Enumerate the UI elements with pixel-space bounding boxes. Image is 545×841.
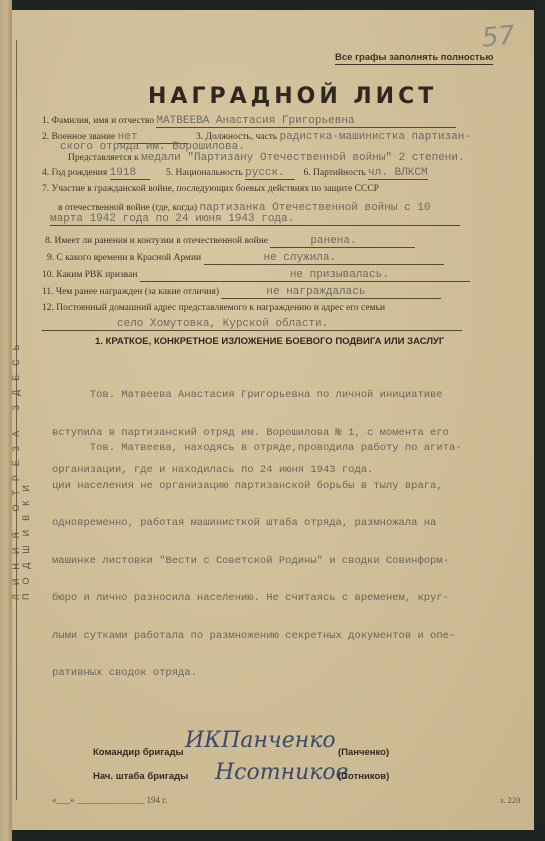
chief-of-staff-name: (Сотников)	[338, 771, 389, 782]
form-code: з. 220	[500, 795, 520, 805]
field-war-participation-continued: марта 1942 года по 24 июня 1943 года.	[50, 213, 460, 226]
paragraph-line: бюро и лично разносила населению. Не счи…	[52, 592, 462, 605]
field-label: Представляется к	[68, 153, 139, 163]
field-label: 9. С какого времени в Красной Армии	[47, 253, 201, 263]
field-value: не награждалась	[221, 286, 441, 299]
field-value: радистка-машинистка партизан-	[280, 131, 471, 143]
chief-of-staff-label: Нач. штаба бригады	[93, 771, 188, 782]
commander-name: (Панченко)	[338, 747, 389, 758]
field-previous-awards: 11. Чем ранее награжден (за какие отличи…	[42, 286, 441, 299]
paragraph-line: Тов. Матвеева Анастасия Григорьевна по л…	[52, 389, 449, 402]
field-value: МАТВЕЕВА Анастасия Григорьевна	[156, 115, 456, 128]
commander-signature: ИКПанченко	[185, 728, 336, 753]
field-label: 6. Партийность	[304, 168, 366, 178]
field-value: не призывалась.	[140, 269, 470, 282]
document-title: НАГРАДНОЙ ЛИСТ	[148, 84, 437, 109]
field-value: 1918	[110, 167, 150, 180]
paragraph-line: машинке листовки "Вести с Советской Роди…	[52, 555, 462, 568]
field-label: 1. Фамилия, имя и отчество	[42, 116, 154, 126]
field-value: ранена.	[270, 235, 415, 248]
field-red-army: 9. С какого времени в Красной Армии не с…	[47, 252, 444, 265]
commander-label: Командир бригады	[93, 747, 184, 758]
paragraph-line: лыми сутками работала по размножению сек…	[52, 630, 462, 643]
cut-line-text: ЛИНИЯ ОТРЕЗА ЗДЕСЬ ПОДШИВКИ	[11, 220, 25, 600]
field-birth-nationality-party: 4. Год рождения 1918 5. Национальность р…	[42, 167, 428, 180]
field-address: село Хомутовка, Курской области.	[42, 318, 462, 331]
paragraph-line: одновременно, работая машинисткой штаба …	[52, 517, 462, 530]
field-award: Представляется к медали "Партизану Отече…	[68, 152, 465, 164]
field-rvk: 10. Каким РВК призван не призывалась.	[42, 269, 470, 282]
field-value: медали "Партизану Отечественной войны" 2…	[141, 152, 464, 164]
field-label: 8. Имеет ли ранения и контузии в отечест…	[45, 236, 268, 246]
field-label: 5. Национальность	[166, 168, 243, 178]
scan-background-bottom	[0, 830, 545, 841]
field-label: в отечественной войне (где, когда)	[58, 203, 197, 213]
field-label: 11. Чем ранее награжден (за какие отличи…	[42, 287, 219, 297]
field-value: русск.	[245, 167, 295, 180]
field-full-name: 1. Фамилия, имя и отчество МАТВЕЕВА Анас…	[42, 115, 456, 128]
paragraph-line: Тов. Матвеева, находясь в отряде,проводи…	[52, 442, 462, 455]
field-label: 4. Год рождения	[42, 168, 107, 178]
paragraph-line: ции населения не организацию партизанско…	[52, 480, 462, 493]
scan-background-top	[0, 0, 545, 10]
field-value: не служила.	[204, 252, 444, 265]
paragraph-2: Тов. Матвеева, находясь в отряде,проводи…	[52, 417, 462, 692]
field-value: чл. ВЛКСМ	[368, 167, 428, 180]
sheet-number: 57	[481, 20, 517, 53]
scan-background-right	[534, 0, 545, 841]
fill-instruction: Все графы заполнять полностью	[335, 52, 493, 65]
date-line: «___» _______________ 194 г.	[52, 795, 167, 805]
field-label: 10. Каким РВК призван	[42, 270, 137, 280]
section-heading: 1. КРАТКОЕ, КОНКРЕТНОЕ ИЗЛОЖЕНИЕ БОЕВОГО…	[95, 336, 444, 347]
chief-of-staff-signature: Нсотников	[215, 760, 348, 785]
field-war-participation-label: 7. Участие в гражданской войне, последую…	[42, 184, 379, 194]
field-wounds: 8. Имеет ли ранения и контузии в отечест…	[45, 235, 415, 248]
field-address-label: 12. Постоянный домашний адрес представля…	[42, 303, 385, 313]
paragraph-line: ративных сводок отряда.	[52, 667, 462, 680]
